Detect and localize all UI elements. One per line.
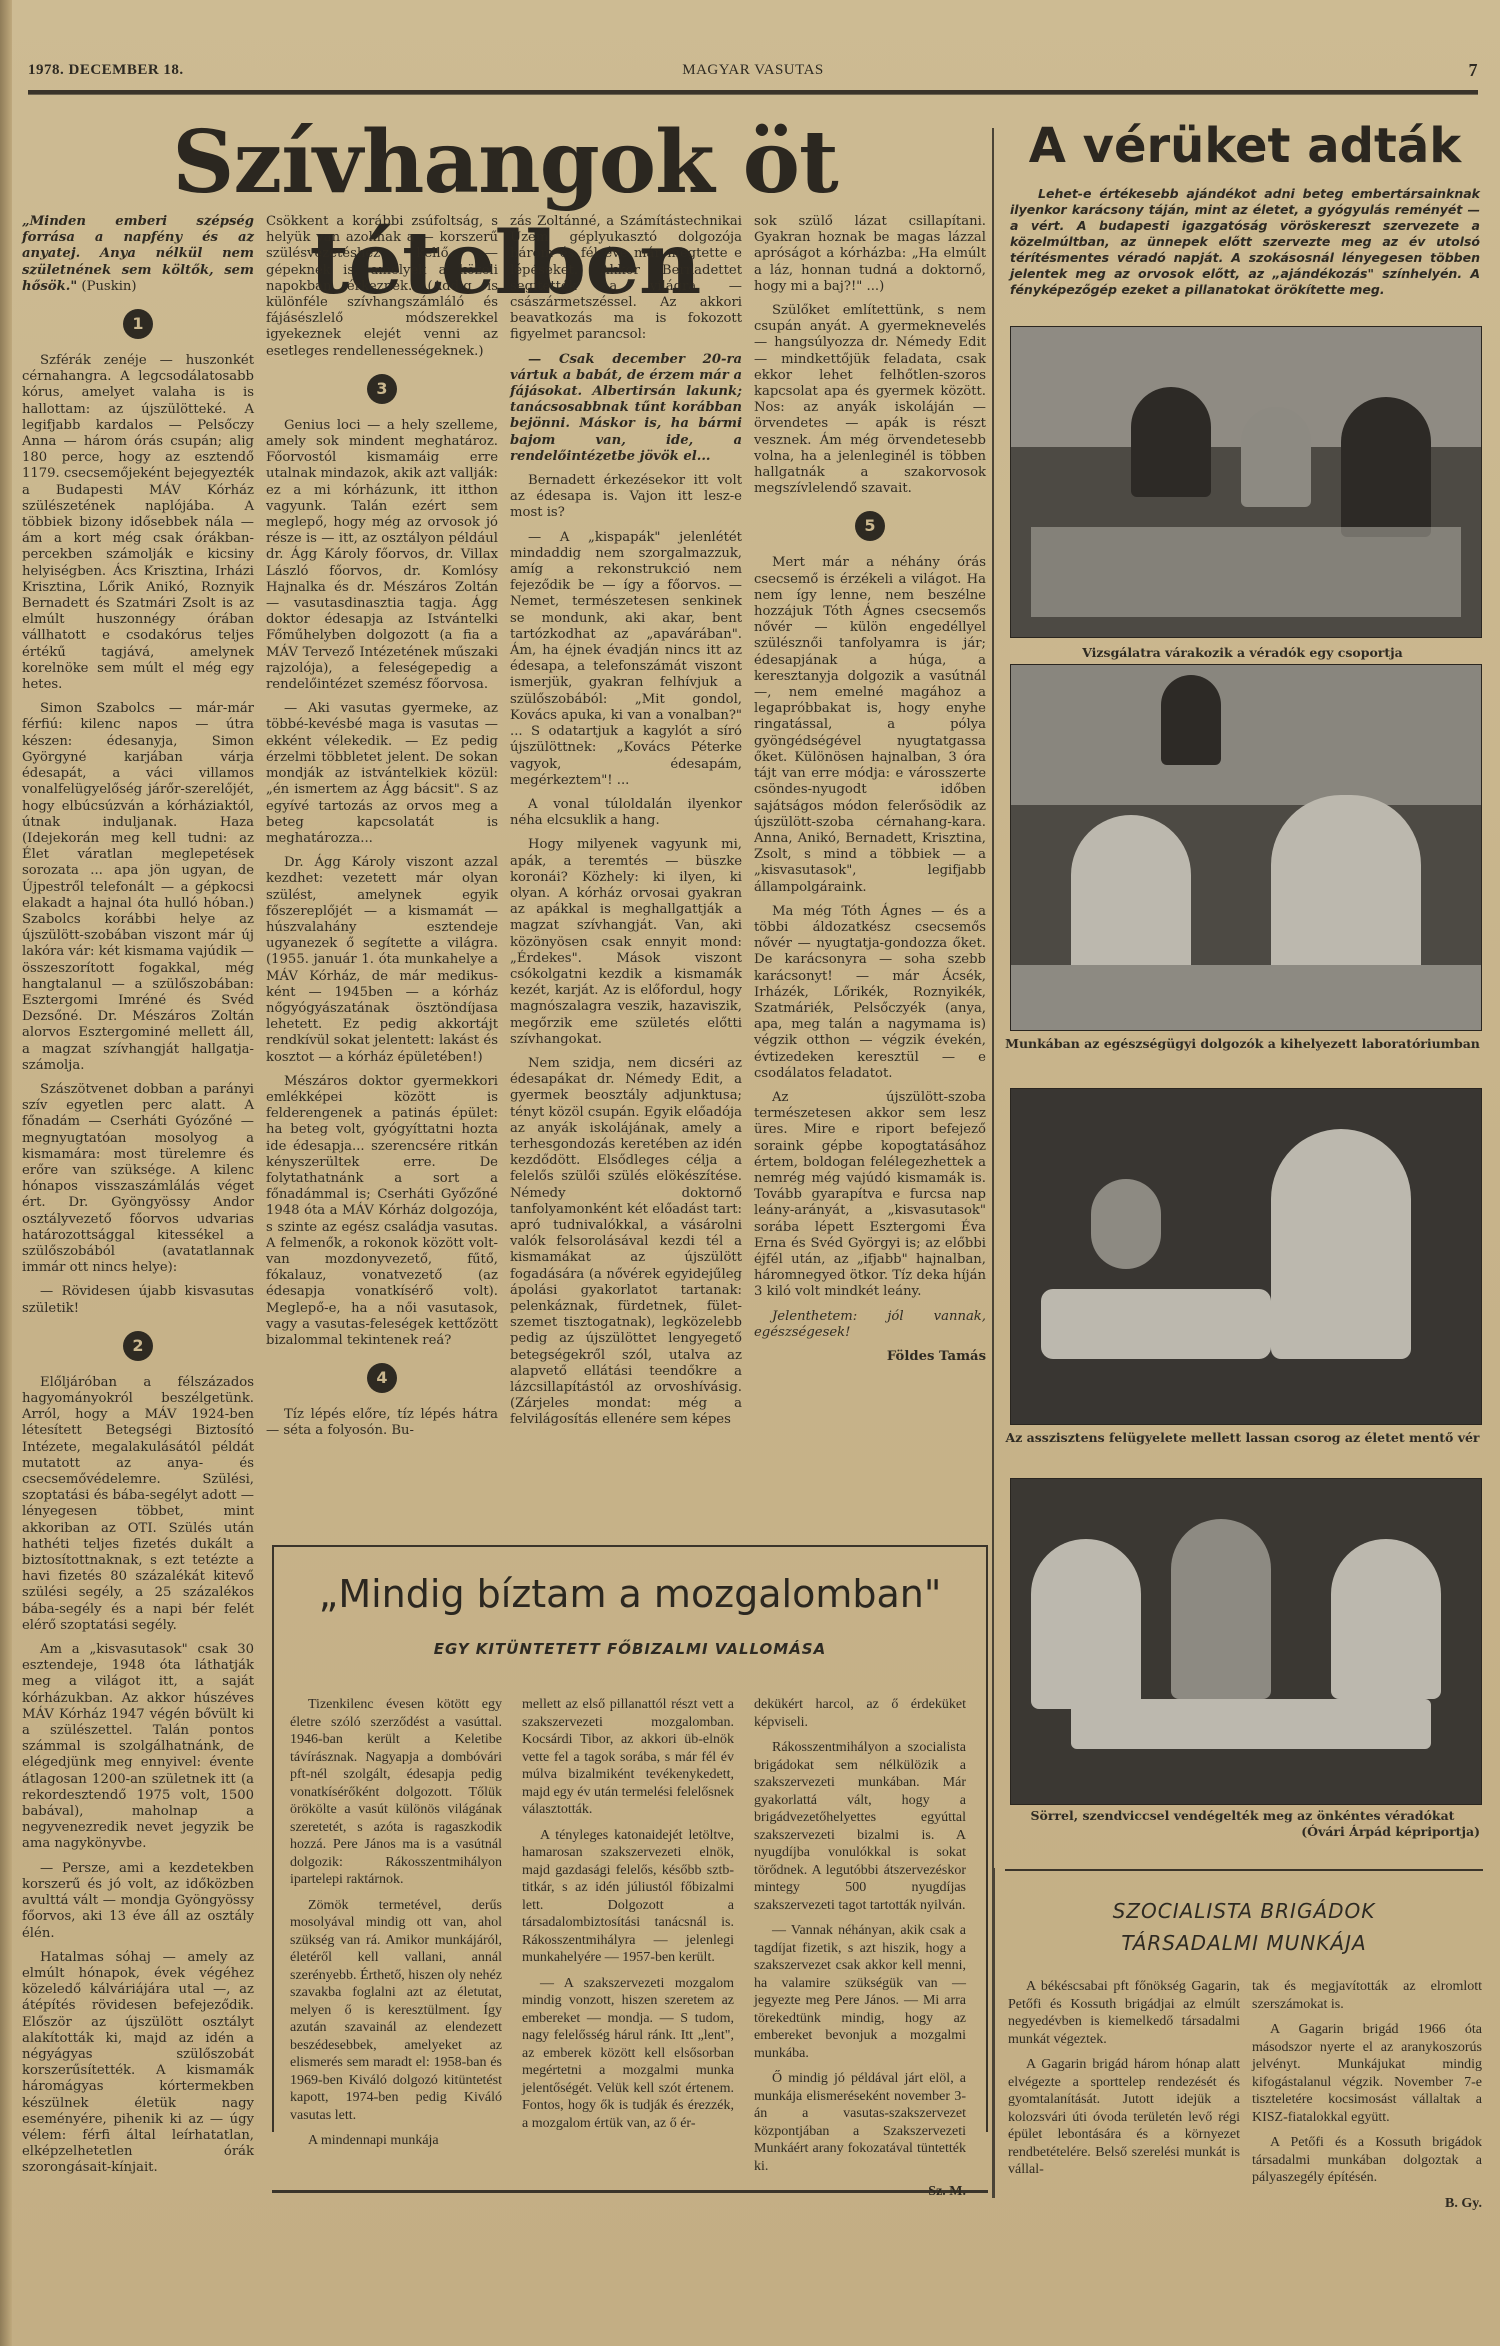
page-binding-edge	[0, 0, 12, 2346]
paragraph: Dr. Ágg Károly viszont azzal kezdhet: ve…	[266, 855, 498, 1066]
paragraph: A vonal túloldalán ilyenkor néha elcsukl…	[510, 797, 742, 829]
epigraph: „Minden emberi szépség forrása a napfény…	[22, 214, 254, 294]
photo-caption: Munkában az egészségügyi dolgozók a kihe…	[1005, 1036, 1480, 1052]
sidebar-intro: Lehet-e értékesebb ajándékot adni beteg …	[1010, 186, 1480, 298]
boxed-subheadline: EGY KITÜNTETETT FŐBIZALMI VALLOMÁSA	[272, 1640, 988, 1658]
paragraph: sok szülő lázat csillapítani. Gyakran ho…	[754, 214, 986, 295]
paragraph: Csökkent a korábbi zsúfoltság, s helyük …	[266, 214, 498, 360]
photo-caption: Vizsgálatra várakozik a véradók egy csop…	[1005, 645, 1480, 661]
paragraph: Bernadett érkezésekor itt volt az édesap…	[510, 473, 742, 522]
main-article-column-4: sok szülő lázat csillapítani. Gyakran ho…	[754, 214, 986, 1365]
paragraph: A Petőfi és a Kossuth brigádok társadalm…	[1252, 2134, 1482, 2187]
section-marker-2: 2	[123, 1331, 153, 1361]
paragraph: — Csak december 20-ra vártuk a babát, de…	[510, 352, 742, 465]
boxed-column-1: Tizenkilenc évesen kötött egy életre szó…	[290, 1696, 502, 2158]
paragraph: — A szakszervezeti mozgalom mindig vonzo…	[522, 1975, 734, 2133]
photo-caption: Az asszisztens felügyelete mellett lassa…	[1005, 1430, 1480, 1446]
paragraph: Szférák zenéje — huszonkét cérnahangra. …	[22, 353, 254, 693]
section-marker-4: 4	[367, 1363, 397, 1393]
photo-caption: Sörrel, szendviccsel vendégelték meg az …	[1005, 1808, 1480, 1840]
photo-caption-text: Sörrel, szendviccsel vendégelték meg az …	[1031, 1808, 1455, 1823]
paragraph: Szászötvenet dobban a parányi szív egyet…	[22, 1082, 254, 1276]
masthead: 1978. DECEMBER 18. MAGYAR VASUTAS 7	[28, 62, 1478, 86]
paragraph: Ő mindig jó példával járt elöl, a munkáj…	[754, 2070, 966, 2175]
paragraph: Jelenthetem: jól vannak, egészségesek!	[754, 1309, 986, 1341]
paragraph: Tizenkilenc évesen kötött egy életre szó…	[290, 1696, 502, 1889]
sidebar-headline: A vérüket adták	[1000, 118, 1490, 174]
masthead-rule	[28, 90, 1478, 95]
boxed-headline: „Mindig bíztam a mozgalomban"	[272, 1572, 988, 1616]
paragraph: Szülőket említettünk, s nem csupán anyát…	[754, 303, 986, 497]
paragraph: Hatalmas sóhaj — amely az elmúlt hónapok…	[22, 1950, 254, 2177]
photo-credit: (Óvári Árpád képriportja)	[1005, 1824, 1480, 1840]
paragraph: Zömök termetével, derűs mosolyával mindi…	[290, 1897, 502, 2125]
paragraph: — A „kispapák" jelenlétét mindaddig nem …	[510, 530, 742, 789]
page-number: 7	[1469, 60, 1479, 81]
main-article-column-1: „Minden emberi szépség forrása a napfény…	[22, 214, 254, 2185]
main-article-column-2: Csökkent a korábbi zsúfoltság, s helyük …	[266, 214, 498, 1448]
paragraph: Előljáróban a félszázados hagyományokról…	[22, 1375, 254, 1634]
paragraph: — Rövidesen újabb kisvasutas születik!	[22, 1284, 254, 1316]
column-divider	[992, 1868, 995, 2198]
newspaper-page: 1978. DECEMBER 18. MAGYAR VASUTAS 7 Szív…	[0, 0, 1500, 2346]
paragraph: Mert már a néhány órás csecsemő is érzék…	[754, 555, 986, 895]
paragraph: A békéscsabai pft főnökség Gagarin, Pető…	[1008, 1978, 1240, 2048]
brigade-column-2: tak és megjavították az elromlott szersz…	[1252, 1978, 1482, 2212]
paragraph: — Vannak néhányan, akik csak a tagdíjat …	[754, 1922, 966, 2062]
photo-assistant-blood-draw	[1010, 1088, 1482, 1425]
paragraph: A Gagarin brigád három hónap alatt elvég…	[1008, 2056, 1240, 2179]
paragraph: dekükért harcol, az ő érdeküket képvisel…	[754, 1696, 966, 1731]
brigade-headline-line-2: TÁRSADALMI MUNKÁJA	[1121, 1931, 1366, 1955]
paragraph: tak és megjavították az elromlott szersz…	[1252, 1978, 1482, 2013]
brigade-article-rule	[1005, 1869, 1483, 1871]
paragraph: zás Zoltánné, a Számítástechnikai Üzem g…	[510, 214, 742, 344]
boxed-column-3: dekükért harcol, az ő érdeküket képvisel…	[754, 1696, 966, 2201]
paragraph: — Persze, ami a kezdetekben korszerű és …	[22, 1861, 254, 1942]
newspaper-name: MAGYAR VASUTAS	[28, 62, 1478, 79]
paragraph: Tíz lépés előre, tíz lépés hátra — séta …	[266, 1407, 498, 1439]
paragraph: mellett az első pillanattól részt vett a…	[522, 1696, 734, 1819]
photo-laboratory-workers	[1010, 664, 1482, 1031]
column-divider	[992, 128, 994, 1868]
brigade-headline-line-1: SZOCIALISTA BRIGÁDOK	[1113, 1899, 1376, 1923]
paragraph: — Aki vasutas gyermeke, az többé-kevésbé…	[266, 701, 498, 847]
paragraph: Mészáros doktor gyermekkori emlékképei k…	[266, 1074, 498, 1349]
epigraph-source: (Puskin)	[81, 279, 136, 294]
brigade-headline: SZOCIALISTA BRIGÁDOK TÁRSADALMI MUNKÁJA	[1005, 1895, 1483, 1959]
photo-blood-donors-waiting	[1010, 326, 1482, 638]
paragraph: Hogy milyenek vagyunk mi, apák, a teremt…	[510, 837, 742, 1048]
paragraph: Ma még Tóth Ágnes — és a többi áldozatké…	[754, 904, 986, 1082]
boxed-column-2: mellett az első pillanattól részt vett a…	[522, 1696, 734, 2140]
byline: Földes Tamás	[754, 1349, 986, 1365]
photo-donors-refreshments	[1010, 1478, 1482, 1805]
paragraph: Simon Szabolcs — már-már férfiú: kilenc …	[22, 701, 254, 1074]
paragraph: A tényleges katonaidejét letöltve, hamar…	[522, 1827, 734, 1967]
paragraph: A Gagarin brigád 1966 óta másodszor nyer…	[1252, 2021, 1482, 2126]
paragraph: Am a „kisvasutasok" csak 30 esztendeje, …	[22, 1642, 254, 1853]
brigade-column-1: A békéscsabai pft főnökség Gagarin, Pető…	[1008, 1978, 1240, 2187]
section-marker-3: 3	[367, 374, 397, 404]
main-article-column-3: zás Zoltánné, a Számítástechnikai Üzem g…	[510, 214, 742, 1437]
paragraph: A mindennapi munkája	[290, 2132, 502, 2150]
paragraph: Rákosszentmihályon a szocialista brigádo…	[754, 1739, 966, 1914]
byline: B. Gy.	[1252, 2195, 1482, 2213]
paragraph: Genius loci — a hely szelleme, amely sok…	[266, 418, 498, 693]
section-marker-5: 5	[855, 511, 885, 541]
byline: Sz. M.	[754, 2183, 966, 2201]
paragraph: Nem szidja, nem dicséri az édesapákat dr…	[510, 1056, 742, 1429]
section-marker-1: 1	[123, 309, 153, 339]
paragraph: Az újszülött-szoba természetesen akkor s…	[754, 1090, 986, 1301]
